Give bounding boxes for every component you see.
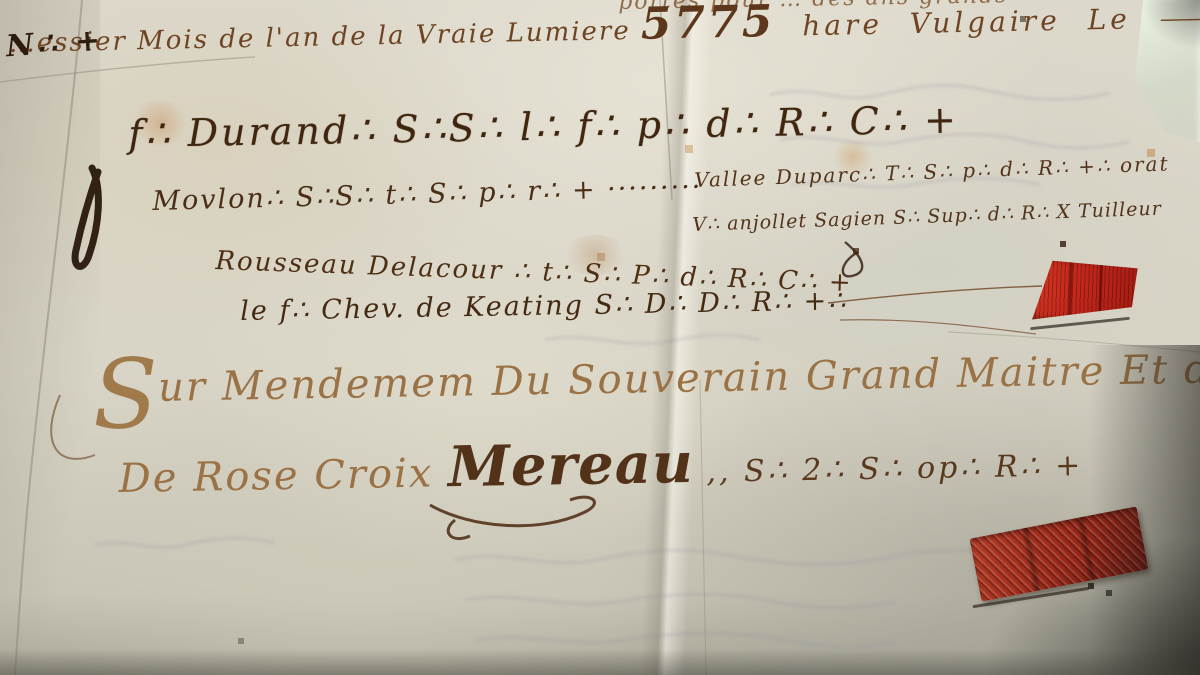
date-line-suffix: hare Vulgaire Le ⸺ xyxy=(775,1,1200,43)
date-line: …essier Mois de l'an de la Vraie Lumiere… xyxy=(8,0,1200,63)
bottom-edge-shadow xyxy=(0,649,1200,675)
signature-moulon: Movlon∴ S∴S∴ t∴ S∴ p∴ r∴ + ········· xyxy=(152,172,703,217)
mereau-paraph-flourish xyxy=(430,497,594,538)
ink-specks xyxy=(0,0,2,2)
manuscript-photo: portés pour … des ans grands …essier Moi… xyxy=(0,0,1200,675)
red-ribbon-upper xyxy=(1031,256,1141,326)
mandement-initial: S xyxy=(92,338,160,451)
signature-mereau: Mereau xyxy=(447,430,694,500)
signature-duparc: Vallee Duparc∴ T∴ S∴ p∴ d∴ R∴ +∴ orat xyxy=(694,151,1170,192)
ribbon-fold-shadow xyxy=(1098,258,1103,324)
parchment-left-fold-shadow xyxy=(0,0,100,675)
ribbon-fold-shadow xyxy=(1068,257,1073,323)
parchment-slit xyxy=(1030,317,1130,330)
masonic-year-5775: 5775 xyxy=(640,0,776,50)
rose-croix-text: De Rose Croix xyxy=(118,450,448,502)
corner-mark: N∴ + xyxy=(5,23,105,65)
mereau-abbreviations: ,, S∴ 2∴ S∴ op∴ R∴ + xyxy=(694,448,1084,490)
signature-keating: le f∴ Chev. de Keating S∴ D∴ D∴ R∴ +∴ xyxy=(240,285,848,327)
signature-anjollet: V∴ anjollet Sagien S∴ Sup∴ d∴ R∴ X Tuill… xyxy=(692,198,1162,236)
mandement-line-2: De Rose Croix Mereau ,, S∴ 2∴ S∴ op∴ R∴ … xyxy=(118,423,1084,506)
